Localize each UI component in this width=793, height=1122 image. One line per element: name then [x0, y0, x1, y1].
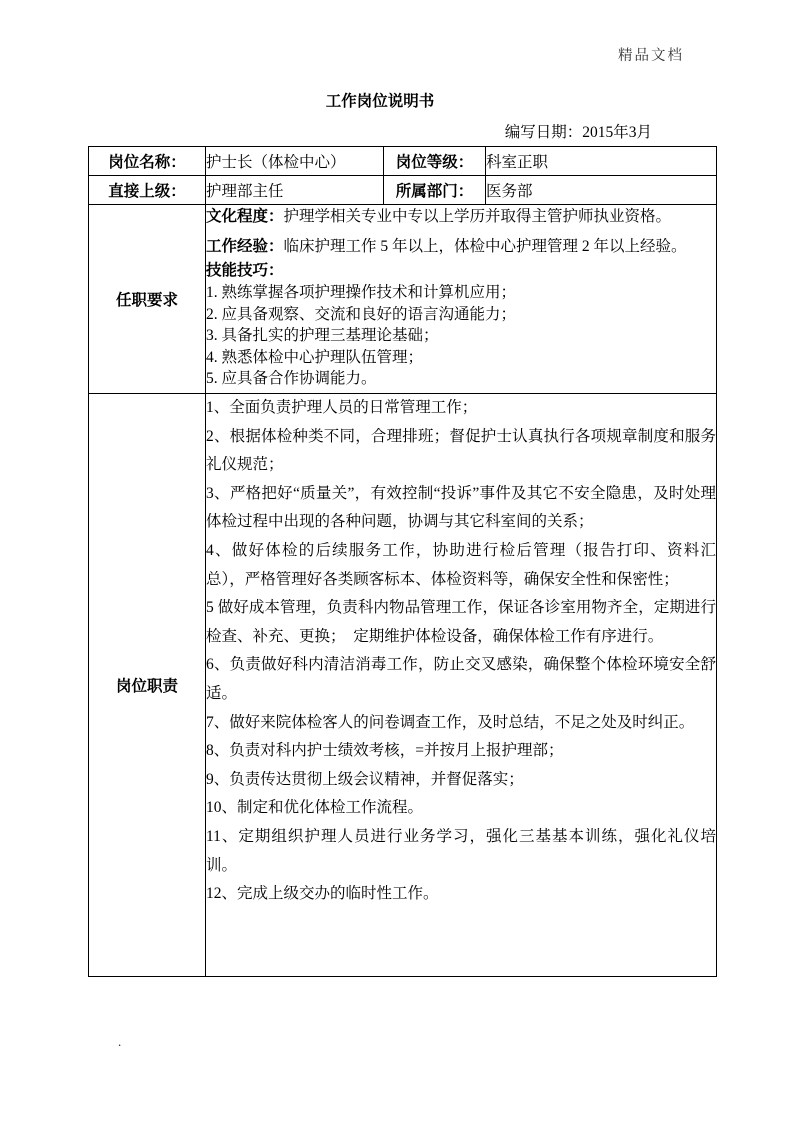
row-direct-superior: 直接上级： 护理部主任 所属部门： 医务部: [89, 176, 717, 205]
requirements-content: 文化程度：护理学相关专业中专以上学历并取得主管护师执业资格。 工作经验：临床护理…: [206, 205, 717, 394]
position-grade-value: 科室正职: [486, 147, 717, 176]
row-requirements: 任职要求 文化程度：护理学相关专业中专以上学历并取得主管护师执业资格。 工作经验…: [89, 205, 717, 394]
duty-item: 9、负责传达贯彻上级会议精神，并督促落实；: [206, 766, 716, 795]
duties-section-label: 岗位职责: [89, 394, 206, 977]
skill-item: 3. 具备扎实的护理三基理论基础；: [206, 325, 716, 347]
skill-item: 2. 应具备观察、交流和良好的语言沟通能力；: [206, 304, 716, 326]
requirements-section-label: 任职要求: [89, 205, 206, 394]
job-description-table: 岗位名称： 护士长（体检中心） 岗位等级： 科室正职 直接上级： 护理部主任 所…: [88, 146, 717, 977]
experience-label: 工作经验：: [206, 238, 284, 255]
document-title: 工作岗位说明书: [0, 89, 760, 111]
duty-item: 3、严格把好“质量关”，有效控制“投诉”事件及其它不安全隐患，及时处理体检过程中…: [206, 480, 716, 537]
skill-item: 4. 熟悉体检中心护理队伍管理；: [206, 347, 716, 369]
experience-paragraph: 工作经验：临床护理工作 5 年以上，体检中心护理管理 2 年以上经验。: [206, 235, 716, 258]
row-duties: 岗位职责 1、全面负责护理人员的日常管理工作； 2、根据体检种类不同，合理排班；…: [89, 394, 717, 977]
duty-item: 6、负责做好科内清洁消毒工作，防止交叉感染，确保整个体检环境安全舒适。: [206, 651, 716, 708]
department-value: 医务部: [486, 176, 717, 205]
duty-item: 7、做好来院体检客人的问卷调查工作，及时总结，不足之处及时纠正。: [206, 709, 716, 738]
duty-item: 2、根据体检种类不同，合理排班；督促护士认真执行各项规章制度和服务礼仪规范；: [206, 423, 716, 480]
direct-superior-value: 护理部主任: [206, 176, 384, 205]
date-line: 编写日期：2015年3月: [88, 120, 716, 142]
position-name-value: 护士长（体检中心）: [206, 147, 384, 176]
duty-item: 10、制定和优化体检工作流程。: [206, 794, 716, 823]
duty-item: 11、定期组织护理人员进行业务学习，强化三基基本训练，强化礼仪培训。: [206, 823, 716, 880]
direct-superior-label: 直接上级：: [89, 176, 206, 205]
education-paragraph: 文化程度：护理学相关专业中专以上学历并取得主管护师执业资格。: [206, 205, 716, 228]
skill-item: 1. 熟练掌握各项护理操作技术和计算机应用；: [206, 282, 716, 304]
watermark-text: 精品文档: [618, 44, 684, 65]
position-grade-label: 岗位等级：: [384, 147, 486, 176]
experience-text: 临床护理工作 5 年以上，体检中心护理管理 2 年以上经验。: [284, 238, 687, 255]
education-label: 文化程度：: [206, 208, 284, 225]
duty-item: 12、完成上级交办的临时性工作。: [206, 880, 716, 909]
footer-punctuation-mark: .: [118, 1034, 121, 1050]
duty-item: 8、负责对科内护士绩效考核，=并按月上报护理部；: [206, 737, 716, 766]
duties-content: 1、全面负责护理人员的日常管理工作； 2、根据体检种类不同，合理排班；督促护士认…: [206, 394, 717, 977]
skill-item: 5. 应具备合作协调能力。: [206, 368, 716, 390]
skills-label: 技能技巧：: [206, 260, 716, 282]
duty-item: 5 做好成本管理，负责科内物品管理工作，保证各诊室用物齐全，定期进行检查、补充、…: [206, 594, 716, 651]
document-page: 精品文档 工作岗位说明书 编写日期：2015年3月 岗位名称： 护士长（体检中心…: [0, 0, 793, 1122]
education-text: 护理学相关专业中专以上学历并取得主管护师执业资格。: [284, 208, 672, 225]
position-name-label: 岗位名称：: [89, 147, 206, 176]
duty-item: 4、做好体检的后续服务工作，协助进行检后管理（报告打印、资料汇总），严格管理好各…: [206, 537, 716, 594]
department-label: 所属部门：: [384, 176, 486, 205]
duty-item: 1、全面负责护理人员的日常管理工作；: [206, 394, 716, 423]
row-position-name: 岗位名称： 护士长（体检中心） 岗位等级： 科室正职: [89, 147, 717, 176]
